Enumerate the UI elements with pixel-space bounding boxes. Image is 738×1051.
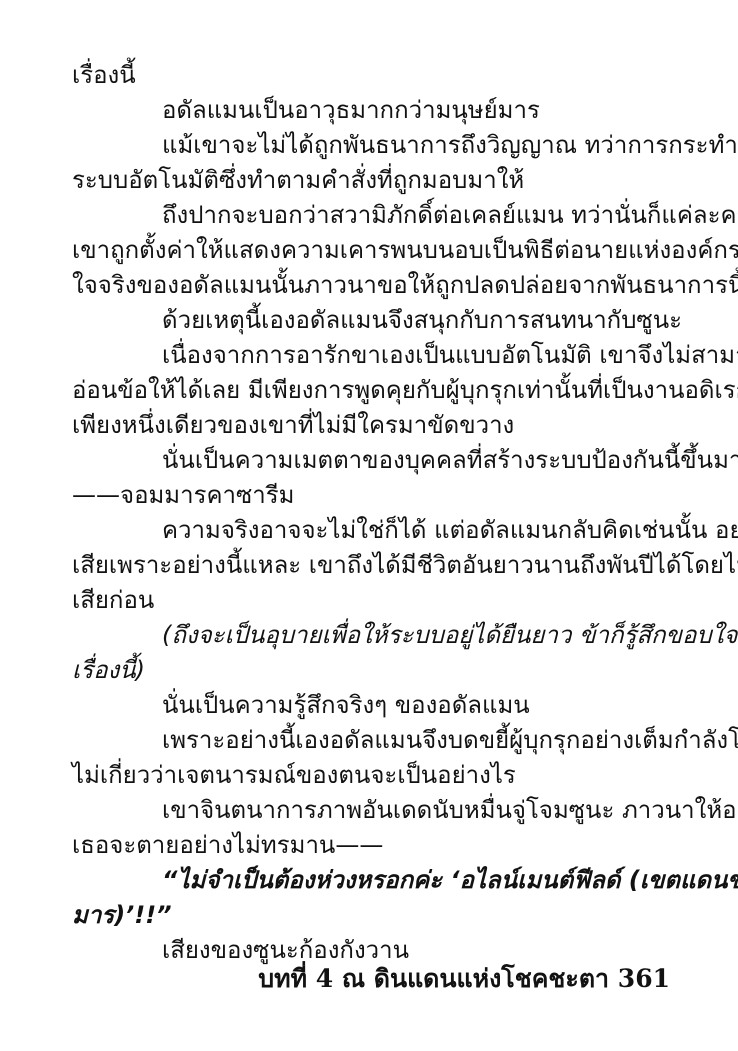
text-line: เสียก่อน <box>72 583 670 618</box>
text-line: แม้เขาจะไม่ได้ถูกพันธนาการถึงวิญญาณ ทว่า… <box>72 128 670 163</box>
body-text: เรื่องนี้ อดัลแมนเป็นอาวุธมากกว่ามนุษย์ม… <box>72 58 670 968</box>
text-line: ไม่เกี่ยวว่าเจตนารมณ์ของตนจะเป็นอย่างไร <box>72 758 670 793</box>
text-line: ใจจริงของอดัลแมนนั้นภาวนาขอให้ถูกปลดปล่อ… <box>72 268 670 303</box>
text-line: เพียงหนึ่งเดียวของเขาที่ไม่มีใครมาขัดขวา… <box>72 408 670 443</box>
chapter-footer: บทที่ 4 ณ ดินแดนแห่งโชคชะตา 361 <box>258 963 670 995</box>
text-line: อ่อนข้อให้ได้เลย มีเพียงการพูดคุยกับผู้บ… <box>72 373 670 408</box>
text-line: เขาถูกตั้งค่าให้แสดงความเคารพนบนอบเป็นพิ… <box>72 233 670 268</box>
text-line: เธอจะตายอย่างไม่ทรมาน—— <box>72 828 670 863</box>
thought-line: (ถึงจะเป็นอุบายเพื่อให้ระบบอยู่ได้ยืนยาว… <box>72 618 670 653</box>
text-line: เพราะอย่างนี้เองอดัลแมนจึงบดขยี้ผู้บุกรุ… <box>72 723 670 758</box>
text-line: อดัลแมนเป็นอาวุธมากกว่ามนุษย์มาร <box>72 93 670 128</box>
text-line: ถึงปากจะบอกว่าสวามิภักดิ์ต่อเคลย์แมน ทว่… <box>72 198 670 233</box>
dialogue-line: “ไม่จำเป็นต้องห่วงหรอกค่ะ ‘อไลน์เมนต์ฟีล… <box>72 863 670 898</box>
text-line: นั่นเป็นความเมตตาของบุคคลที่สร้างระบบป้อ… <box>72 443 670 478</box>
text-line: ระบบอัตโนมัติซึ่งทำตามคำสั่งที่ถูกมอบมาใ… <box>72 163 670 198</box>
text-line: เขาจินตนาการภาพอันเดดนับหมื่นจู่โจมซูนะ … <box>72 793 670 828</box>
text-line: เรื่องนี้ <box>72 58 670 93</box>
dialogue-line: มาร)’!!” <box>72 898 670 933</box>
book-page: เรื่องนี้ อดัลแมนเป็นอาวุธมากกว่ามนุษย์ม… <box>0 0 738 1051</box>
text-line: ความจริงอาจจะไม่ใช่ก็ได้ แต่อดัลแมนกลับค… <box>72 513 670 548</box>
text-line: เสียเพราะอย่างนี้แหละ เขาถึงได้มีชีวิตอั… <box>72 548 670 583</box>
text-line: เนื่องจากการอารักขาเองเป็นแบบอัตโนมัติ เ… <box>72 338 670 373</box>
thought-line: เรื่องนี้) <box>72 653 670 688</box>
text-line: ด้วยเหตุนี้เองอดัลแมนจึงสนุกกับการสนทนาก… <box>72 303 670 338</box>
text-line: นั่นเป็นความรู้สึกจริงๆ ของอดัลแมน <box>72 688 670 723</box>
attribution-line: ——จอมมารคาซารีม <box>72 478 670 513</box>
